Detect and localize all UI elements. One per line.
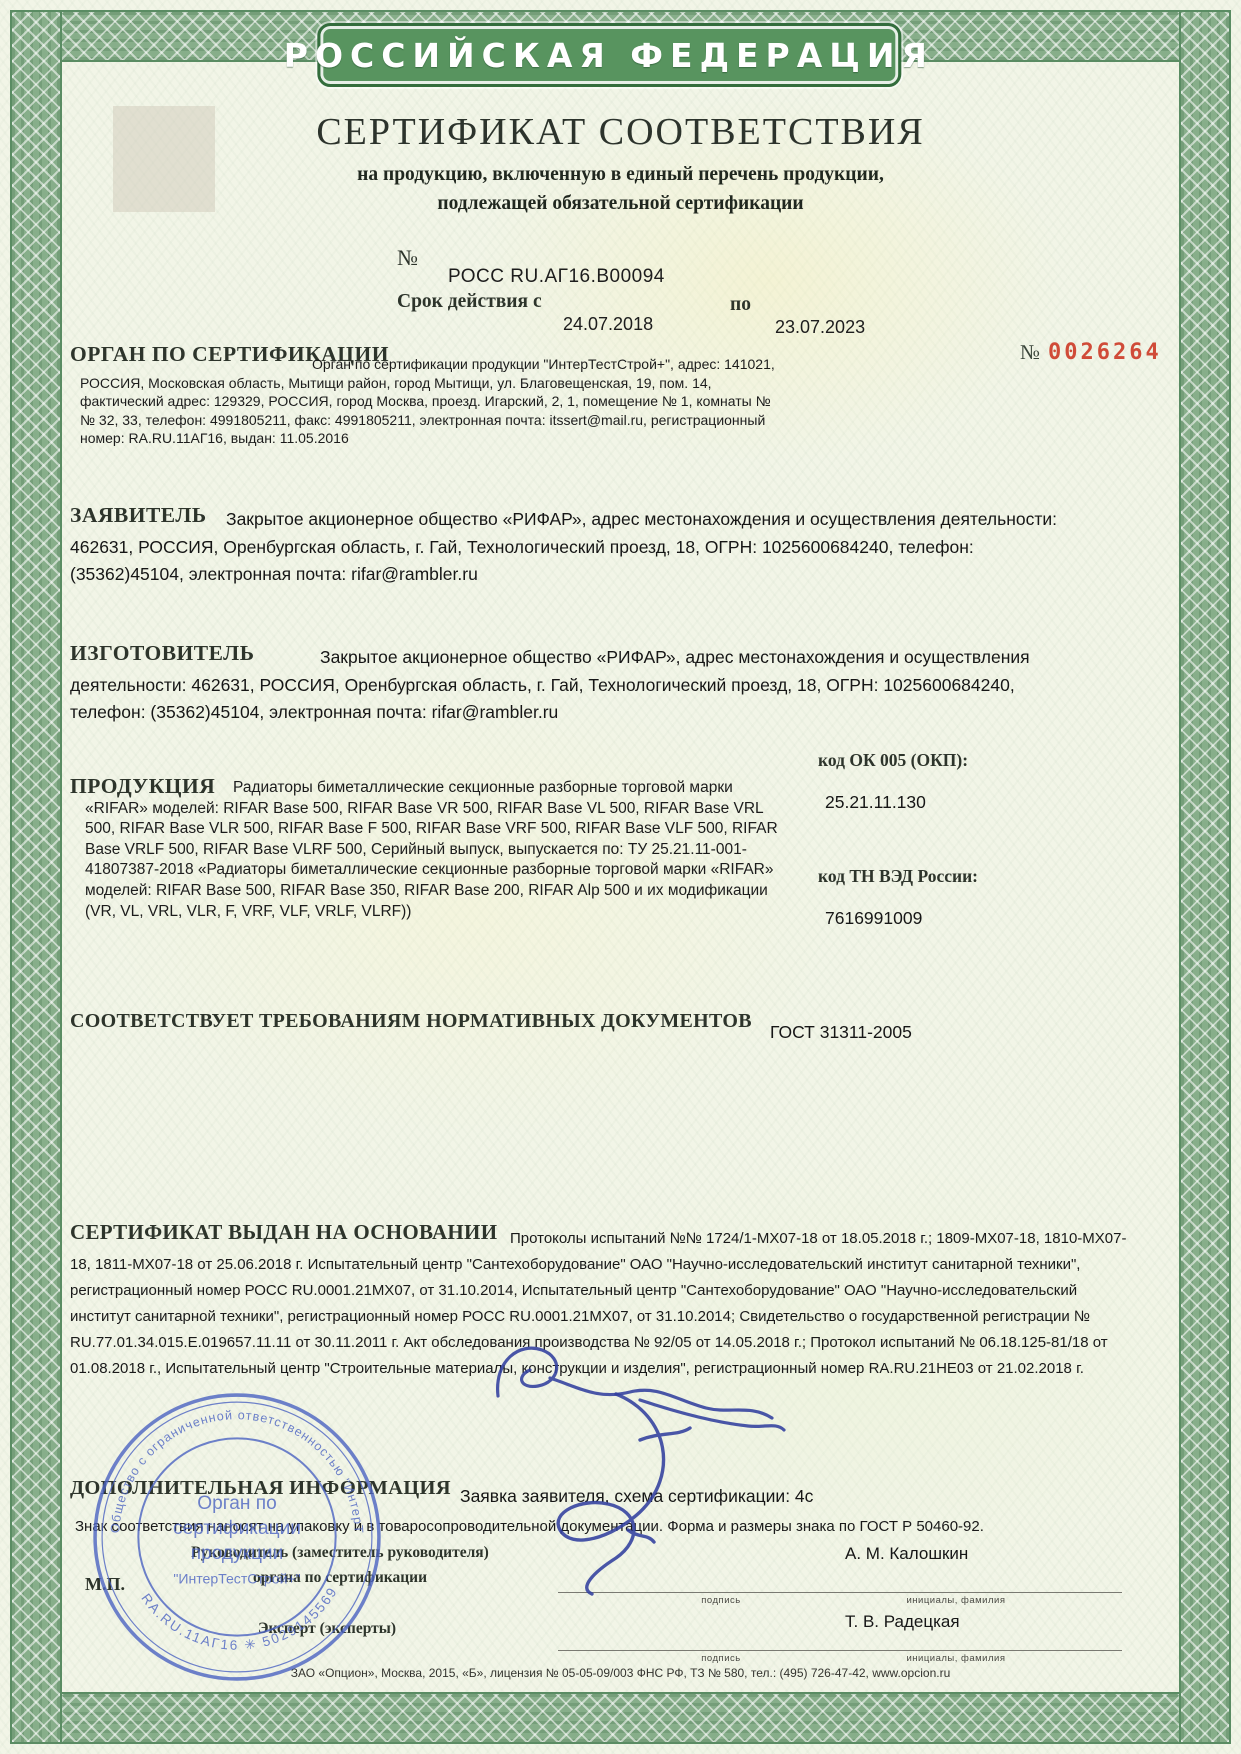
manufacturer-text: Закрытое акционерное общество «РИФАР», а… (70, 644, 1072, 727)
certificate-subtitle: на продукцию, включенную в единый перече… (0, 160, 1241, 218)
basis-text: Протоколы испытаний №№ 1724/1-МХ07-18 от… (70, 1226, 1128, 1382)
compliance-standard: ГОСТ 31311-2005 (770, 1022, 912, 1043)
ornamental-border-bottom (10, 1692, 1231, 1744)
certification-body-stamp: Общество с ограниченной ответственностью… (86, 1386, 388, 1688)
certificate-number-label: № (397, 245, 418, 271)
ornamental-border-left (10, 10, 62, 1744)
subtitle-line-1: на продукцию, включенную в единый перече… (0, 160, 1241, 189)
validity-from-date: 24.07.2018 (563, 314, 653, 335)
tnved-code-value: 7616991009 (825, 908, 922, 929)
expert-name-line: инициалы, фамилия (790, 1650, 1122, 1664)
applicant-text: Закрытое акционерное общество «РИФАР», а… (70, 506, 1080, 589)
ornamental-border-right (1179, 10, 1231, 1744)
initials-caption: инициалы, фамилия (790, 1593, 1122, 1606)
okp-code-label: код ОК 005 (ОКП): (818, 750, 968, 771)
validity-from-label: Срок действия с (397, 291, 542, 313)
stamp-center-line2: сертификации (173, 1518, 301, 1539)
blank-number: №0026264 (1020, 340, 1162, 365)
certification-scheme: Заявка заявителя, схема сертификации: 4с (460, 1486, 813, 1507)
tnved-code-label: код ТН ВЭД России: (818, 866, 978, 887)
stamp-center-line4: "ИнтерТестСтрой+" (173, 1570, 300, 1586)
subtitle-line-2: подлежащей обязательной сертификации (0, 189, 1241, 218)
compliance-heading: СООТВЕТСТВУЕТ ТРЕБОВАНИЯМ НОРМАТИВНЫХ ДО… (70, 1010, 752, 1033)
certificate-number-value: РОСС RU.АГ16.В00094 (448, 266, 665, 288)
blank-number-sign: № (1020, 340, 1040, 364)
okp-code-value: 25.21.11.130 (825, 792, 926, 813)
blank-number-digits: 0026264 (1048, 340, 1162, 365)
certificate-title: СЕРТИФИКАТ СООТВЕТСТВИЯ (0, 110, 1241, 154)
certification-body-text: Орган по сертификации продукции "ИнтерТе… (80, 355, 782, 448)
stamp-center-line1: Орган по (197, 1493, 277, 1514)
expert-name: Т. В. Радецкая (845, 1612, 960, 1632)
stamp-center-line3: продукции (191, 1543, 284, 1564)
country-title: РОССИЙСКАЯ ФЕДЕРАЦИЯ (284, 36, 934, 75)
validity-to-date: 23.07.2023 (775, 317, 865, 338)
head-name: А. М. Калошкин (845, 1544, 968, 1564)
validity-to-label: по (730, 294, 751, 316)
products-text: Радиаторы биметаллические секционные раз… (85, 778, 793, 922)
svg-text:RA.RU.11АГ16 ✳ 5029145569: RA.RU.11АГ16 ✳ 5029145569 (138, 1584, 340, 1653)
certificate-page: РОССИЙСКАЯ ФЕДЕРАЦИЯ СЕРТИФИКАТ СООТВЕТС… (0, 0, 1241, 1754)
stamp-ring-text-bottom: RA.RU.11АГ16 ✳ 5029145569 (138, 1584, 340, 1653)
initials-caption: инициалы, фамилия (790, 1651, 1122, 1664)
head-name-line: инициалы, фамилия (790, 1592, 1122, 1606)
header-banner: РОССИЙСКАЯ ФЕДЕРАЦИЯ (317, 23, 901, 87)
